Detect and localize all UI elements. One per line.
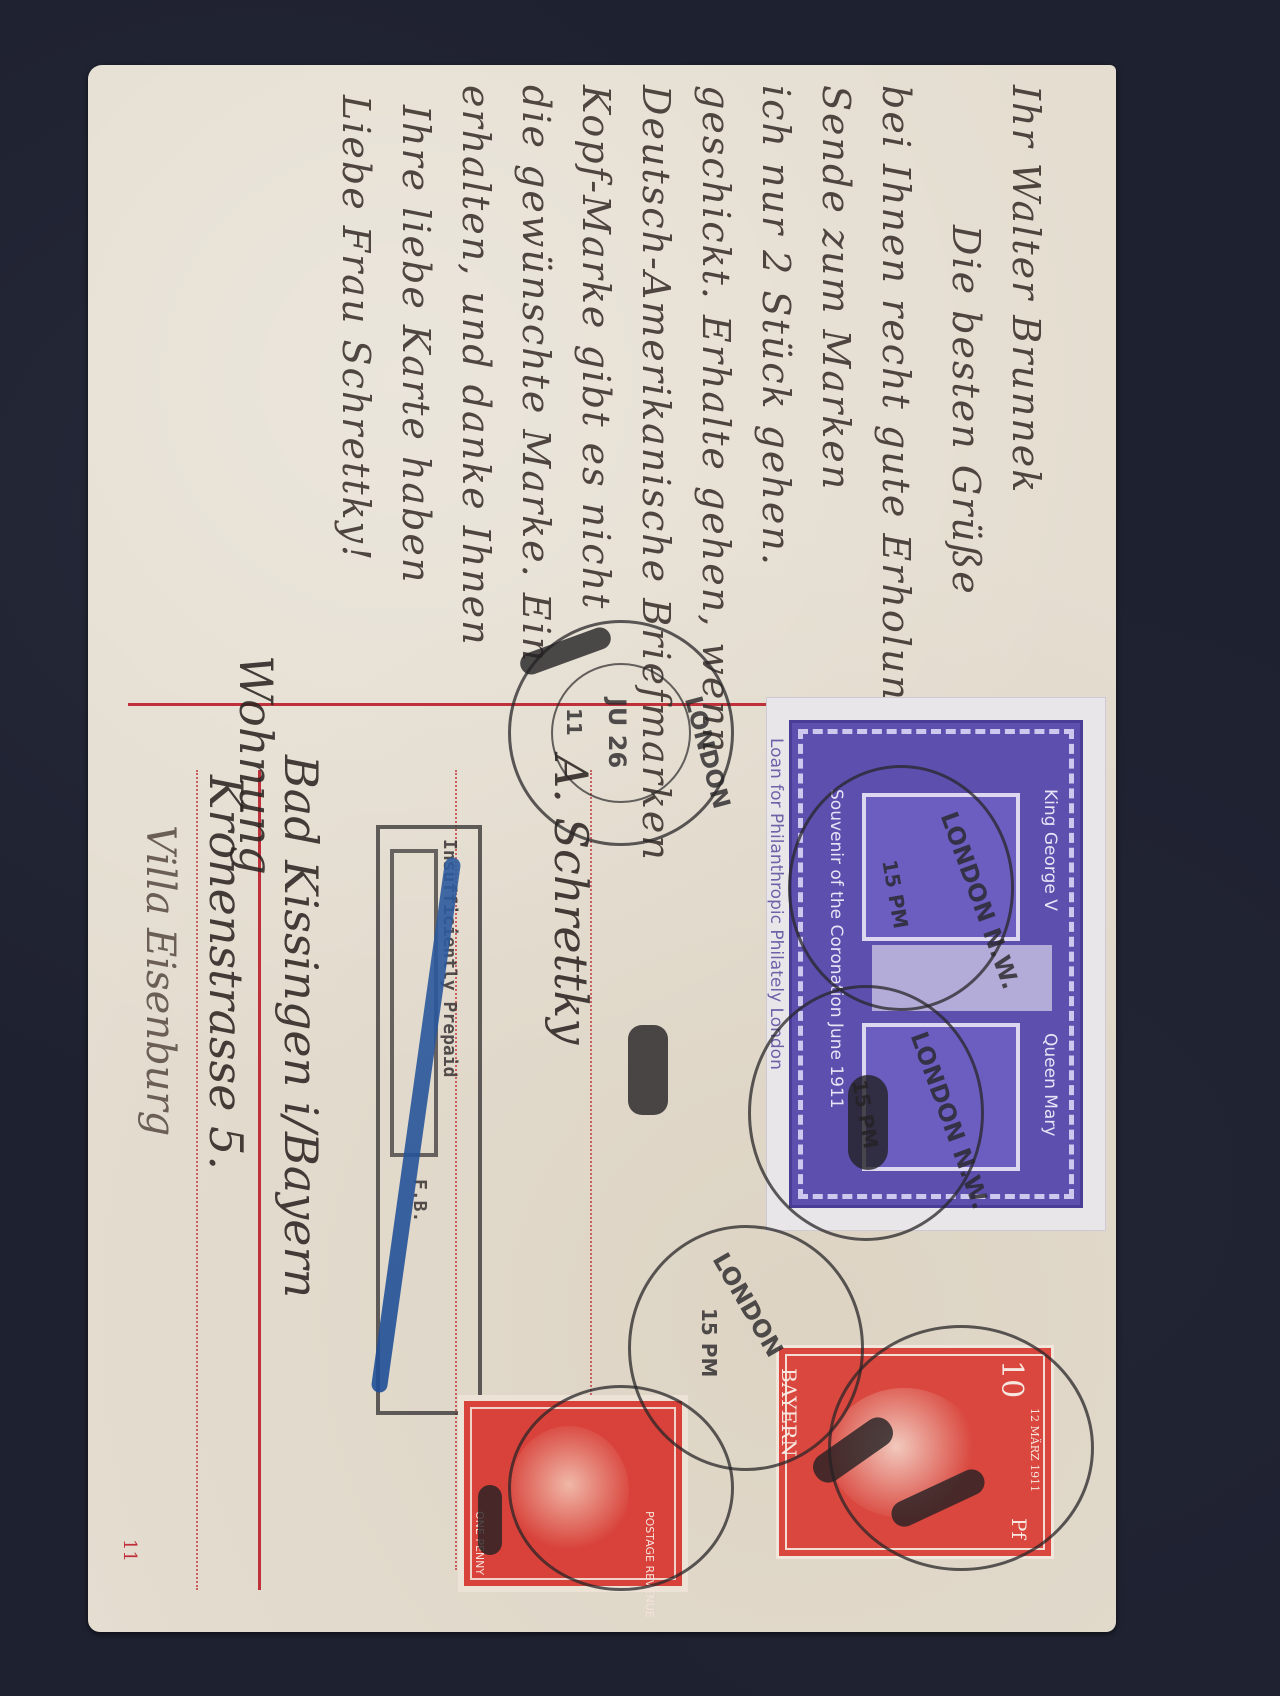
- postcard: 11 C Ihr Walter Brunnek Die besten Grüße…: [88, 65, 1116, 1632]
- postmark-number: 11: [562, 708, 586, 736]
- cancel-bar: [628, 1025, 668, 1115]
- address-dotted-line: [196, 770, 198, 1590]
- message-line: Ihr Walter Brunnek: [1004, 85, 1048, 494]
- address-line: Villa Eisenburg: [137, 825, 183, 1136]
- address-line: Wohnung: [229, 655, 283, 875]
- postmark-time: 15 PM: [697, 1308, 721, 1377]
- king-label: King George V: [1040, 789, 1060, 911]
- queen-label: Queen Mary: [1040, 1033, 1060, 1136]
- address-line-vertical: [258, 770, 261, 1590]
- message-line: Die besten Grüße: [944, 225, 988, 596]
- message-line: ich nur 2 Stück gehen.: [754, 85, 798, 567]
- message-line: Liebe Frau Schrettky!: [334, 95, 378, 562]
- cancel-bar: [478, 1485, 502, 1555]
- london-postmark: [508, 1385, 734, 1591]
- london-nw-postmark: LONDON N.W. 15 PM: [788, 765, 1014, 1011]
- message-line: Ihre liebe Karte haben: [394, 105, 438, 584]
- message-line: erhalten, und danke Ihnen: [454, 85, 498, 647]
- corner-number: 11: [119, 1539, 140, 1562]
- message-line: bei Ihnen recht gute Erholung.: [874, 85, 918, 742]
- postmark-time: 15 PM: [877, 858, 913, 930]
- message-line: Kopf-Marke gibt es nicht: [574, 85, 618, 610]
- message-line: die gewünschte Marke. Ein: [514, 85, 558, 663]
- message-line: Sende zum Marken: [814, 85, 858, 491]
- postmark-date: JU 26: [603, 698, 631, 768]
- cancel-bar: [848, 1075, 888, 1170]
